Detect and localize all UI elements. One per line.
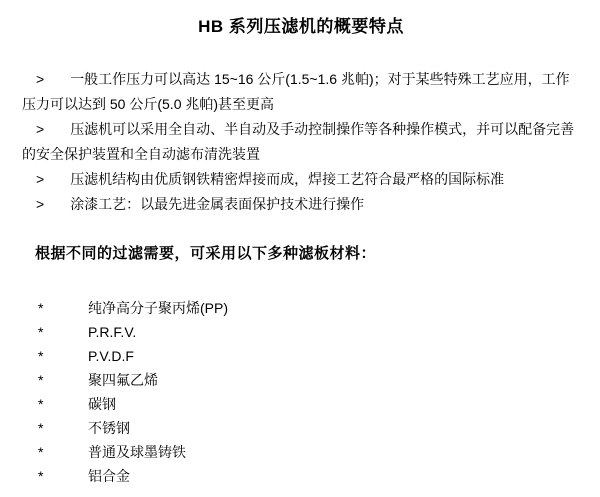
material-item: *普通及球墨铸铁 [22, 440, 580, 464]
material-item: *P.R.F.V. [22, 320, 580, 344]
asterisk-marker: * [38, 464, 88, 488]
bullet-marker: > [36, 167, 44, 192]
feature-item: >压滤机可以采用全自动、半自动及手动控制操作等各种操作模式，并可以配备完善的安全… [22, 117, 580, 167]
materials-heading: 根据不同的过滤需要，可采用以下多种滤板材料： [35, 244, 580, 263]
feature-text: 一般工作压力可以高达 15~16 公斤(1.5~1.6 兆帕)；对于某些特殊工艺… [22, 71, 570, 112]
material-text: 不锈钢 [88, 420, 130, 436]
material-item: *P.V.D.F [22, 344, 580, 368]
materials-list: *纯净高分子聚丙烯(PP) *P.R.F.V. *P.V.D.F *聚四氟乙烯 … [22, 296, 580, 488]
material-text: 纯净高分子聚丙烯(PP) [88, 300, 228, 316]
asterisk-marker: * [38, 368, 88, 392]
feature-item: >压滤机结构由优质钢铁精密焊接而成，焊接工艺符合最严格的国际标准 [22, 167, 580, 192]
material-item: *不锈钢 [22, 416, 580, 440]
asterisk-marker: * [38, 416, 88, 440]
material-text: 碳钢 [88, 396, 116, 412]
bullet-marker: > [36, 67, 44, 92]
material-item: *纯净高分子聚丙烯(PP) [22, 296, 580, 320]
page-title: HB 系列压滤机的概要特点 [22, 16, 580, 37]
material-text: 铝合金 [88, 468, 130, 484]
document-page: HB 系列压滤机的概要特点 >一般工作压力可以高达 15~16 公斤(1.5~1… [0, 0, 600, 497]
asterisk-marker: * [38, 344, 88, 368]
features-list: >一般工作压力可以高达 15~16 公斤(1.5~1.6 兆帕)；对于某些特殊工… [22, 67, 580, 217]
material-item: *碳钢 [22, 392, 580, 416]
asterisk-marker: * [38, 392, 88, 416]
feature-text: 压滤机结构由优质钢铁精密焊接而成，焊接工艺符合最严格的国际标准 [70, 171, 504, 187]
asterisk-marker: * [38, 296, 88, 320]
material-text: P.R.F.V. [88, 324, 136, 340]
asterisk-marker: * [38, 440, 88, 464]
feature-item: >涂漆工艺：以最先进金属表面保护技术进行操作 [22, 192, 580, 217]
material-item: *聚四氟乙烯 [22, 368, 580, 392]
feature-item: >一般工作压力可以高达 15~16 公斤(1.5~1.6 兆帕)；对于某些特殊工… [22, 67, 580, 117]
material-text: P.V.D.F [88, 348, 134, 364]
material-text: 普通及球墨铸铁 [88, 444, 186, 460]
feature-text: 压滤机可以采用全自动、半自动及手动控制操作等各种操作模式，并可以配备完善的安全保… [22, 121, 574, 162]
feature-text: 涂漆工艺：以最先进金属表面保护技术进行操作 [70, 196, 364, 212]
asterisk-marker: * [38, 320, 88, 344]
bullet-marker: > [36, 192, 44, 217]
material-text: 聚四氟乙烯 [88, 372, 158, 388]
bullet-marker: > [36, 117, 44, 142]
material-item: *铝合金 [22, 464, 580, 488]
